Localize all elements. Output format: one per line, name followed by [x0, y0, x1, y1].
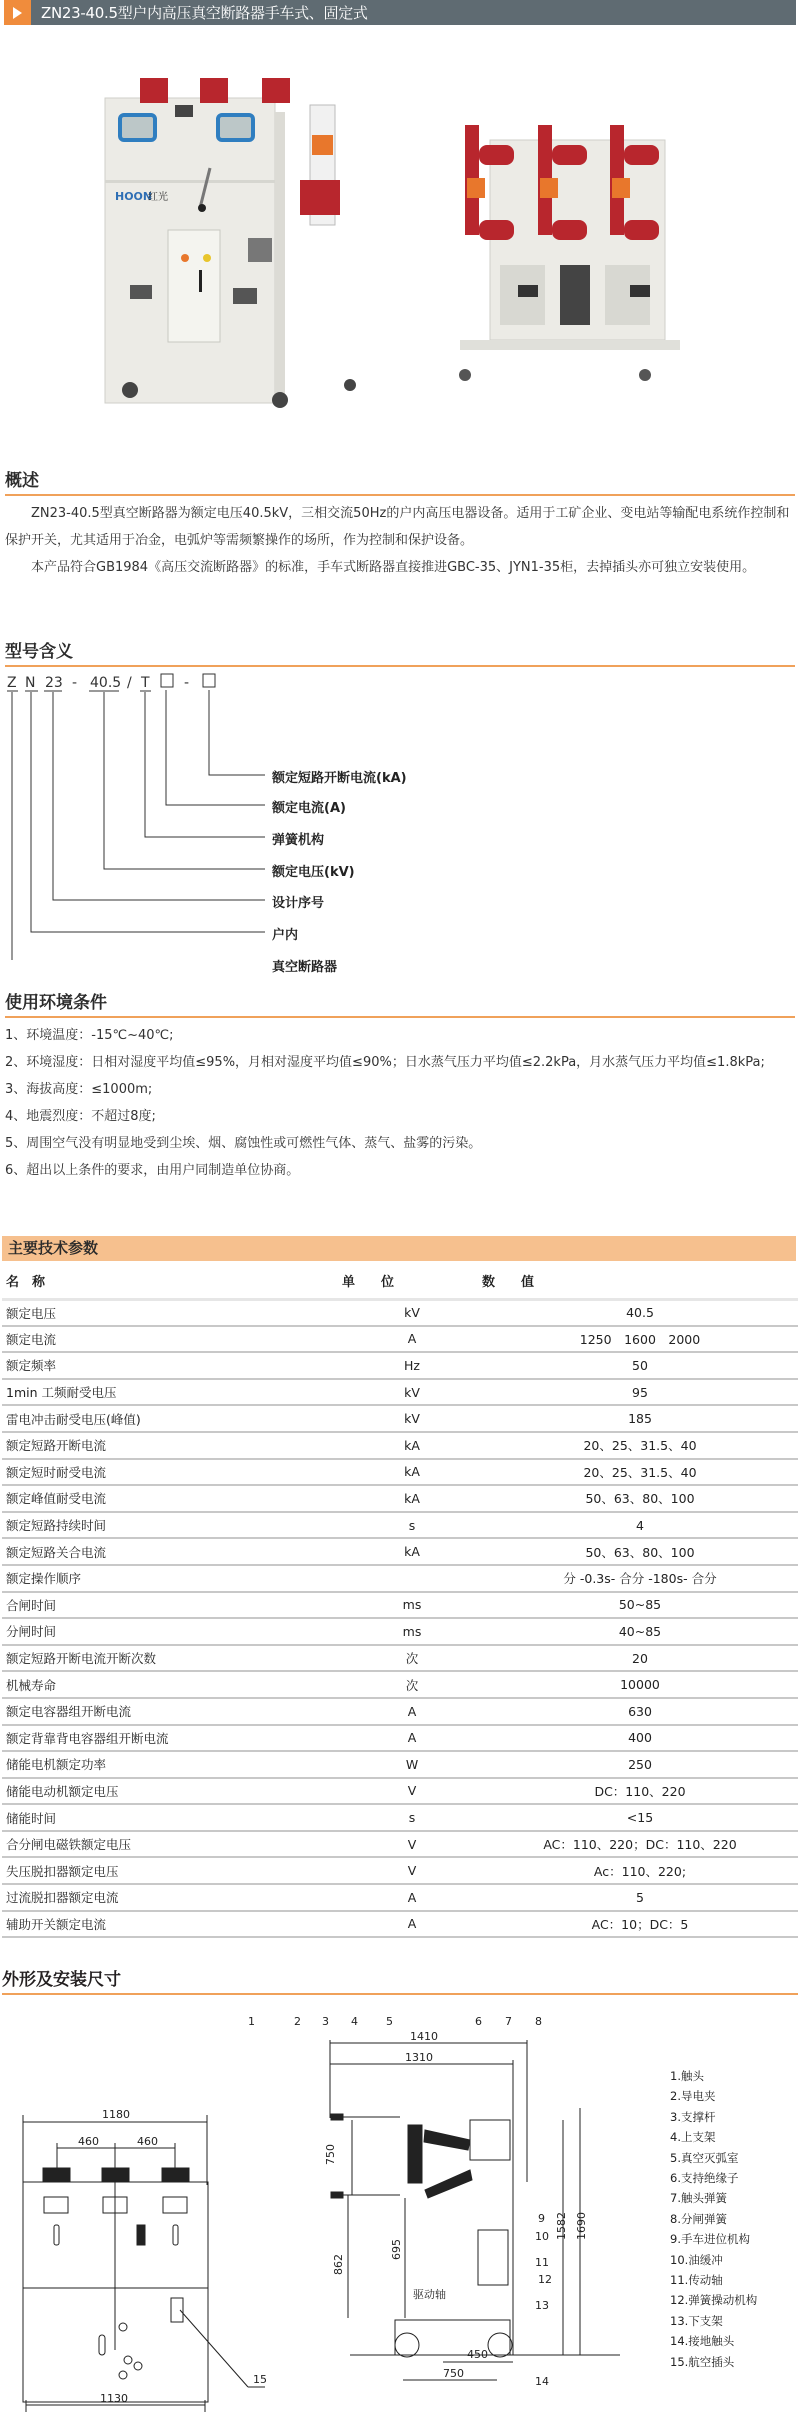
product-photos: HOON 红光: [0, 30, 800, 450]
dim-695: 695: [390, 2239, 403, 2260]
param-name: 辅助开关额定电流: [2, 1911, 342, 1938]
param-row: 额定电压kV40.5: [2, 1299, 798, 1326]
legend-item: 7.触头弹簧: [670, 2188, 757, 2208]
legend-item: 5.真空灭弧室: [670, 2148, 757, 2168]
env-item: 6、超出以上条件的要求，由用户同制造单位协商。: [5, 1157, 800, 1184]
param-name: 分闸时间: [2, 1618, 342, 1645]
param-unit: s: [342, 1804, 482, 1831]
callout-7: 7: [505, 2015, 512, 2028]
param-unit: V: [342, 1857, 482, 1884]
col-name: 名 称: [2, 1264, 342, 1299]
param-value: AC：10；DC：5: [482, 1911, 798, 1938]
param-name: 额定操作顺序: [2, 1565, 342, 1592]
param-unit: ms: [342, 1592, 482, 1619]
param-row: 额定峰值耐受电流kA50、63、80、100: [2, 1485, 798, 1512]
handcart-breaker-photo: HOON 红光: [105, 78, 356, 408]
callout-5: 5: [386, 2015, 393, 2028]
dim-450: 450: [467, 2348, 488, 2361]
dimensions-heading: 外形及安装尺寸: [2, 1965, 798, 1995]
legend-item: 13.下支架: [670, 2311, 757, 2331]
param-unit: kA: [342, 1538, 482, 1565]
env-item: 3、海拔高度：≤1000m;: [5, 1076, 800, 1103]
legend-item: 15.航空插头: [670, 2352, 757, 2372]
param-row: 失压脱扣器额定电压VAc：110、220;: [2, 1857, 798, 1884]
param-value: 50、63、80、100: [482, 1538, 798, 1565]
svg-text:HOON: HOON: [115, 190, 152, 203]
code-23: 23: [45, 675, 63, 691]
param-value: 50: [482, 1352, 798, 1379]
param-value: 1250 1600 2000: [482, 1326, 798, 1353]
callout-2: 2: [294, 2015, 301, 2028]
callout-3: 3: [322, 2015, 329, 2028]
param-unit: 次: [342, 1645, 482, 1672]
param-unit: A: [342, 1725, 482, 1752]
param-name: 机械寿命: [2, 1671, 342, 1698]
param-value: 5: [482, 1884, 798, 1911]
param-value: <15: [482, 1804, 798, 1831]
callout-10: 10: [535, 2230, 549, 2243]
param-name: 额定短路开断电流开断次数: [2, 1645, 342, 1672]
param-name: 额定短路持续时间: [2, 1512, 342, 1539]
param-unit: V: [342, 1778, 482, 1805]
param-name: 额定频率: [2, 1352, 342, 1379]
svg-text:红光: 红光: [148, 190, 168, 203]
code-dash2: -: [184, 675, 189, 691]
dim-1410: 1410: [410, 2030, 438, 2043]
param-value: 4: [482, 1512, 798, 1539]
dim-750-vertical: 750: [324, 2144, 337, 2165]
param-value: 10000: [482, 1671, 798, 1698]
meaning-breaking-current: 额定短路开断电流(kA): [272, 767, 407, 786]
dim-pitch-2: 460: [137, 2135, 158, 2148]
env-item: 1、环境温度：-15℃~40℃;: [5, 1022, 800, 1049]
param-unit: s: [342, 1512, 482, 1539]
model-code-diagram: Z N 23 - 40.5 / T -: [0, 670, 450, 960]
param-row: 额定短路开断电流kA20、25、31.5、40: [2, 1432, 798, 1459]
param-name: 额定短时耐受电流: [2, 1459, 342, 1486]
param-unit: A: [342, 1884, 482, 1911]
dim-pitch-1: 460: [78, 2135, 99, 2148]
param-row: 储能电机额定功率W250: [2, 1751, 798, 1778]
param-unit: kV: [342, 1299, 482, 1326]
param-row: 雷电冲击耐受电压(峰值)kV185: [2, 1405, 798, 1432]
legend-item: 12.弹簧操动机构: [670, 2290, 757, 2310]
param-unit: A: [342, 1698, 482, 1725]
param-unit: A: [342, 1326, 482, 1353]
dim-1690: 1690: [575, 2212, 588, 2240]
param-name: 额定电容器组开断电流: [2, 1698, 342, 1725]
param-row: 额定短路持续时间s4: [2, 1512, 798, 1539]
page-title: ZN23-40.5型户内高压真空断路器手车式、固定式: [41, 2, 368, 23]
legend-item: 2.导电夹: [670, 2086, 757, 2106]
legend-item: 10.油缓冲: [670, 2250, 757, 2270]
meaning-spring-mechanism: 弹簧机构: [272, 829, 324, 848]
param-row: 额定操作顺序分 -0.3s- 合分 -180s- 合分: [2, 1565, 798, 1592]
overview-paragraph: ZN23-40.5型真空断路器为额定电压40.5kV，三相交流50Hz的户内高压…: [5, 500, 795, 554]
param-unit: V: [342, 1831, 482, 1858]
param-value: 20: [482, 1645, 798, 1672]
legend-item: 11.传动轴: [670, 2270, 757, 2290]
env-item: 2、环境湿度：日相对湿度平均值≤95%，月相对湿度平均值≤90%；日水蒸气压力平…: [5, 1049, 800, 1076]
param-row: 额定频率Hz50: [2, 1352, 798, 1379]
param-value: 95: [482, 1379, 798, 1406]
drive-shaft-label: 驱动轴: [413, 2287, 446, 2301]
callout-1: 1: [248, 2015, 255, 2028]
legend-item: 1.触头: [670, 2066, 757, 2086]
side-view-drawing: [330, 2040, 620, 2380]
param-row: 储能时间s<15: [2, 1804, 798, 1831]
param-value: 40~85: [482, 1618, 798, 1645]
param-name: 失压脱扣器额定电压: [2, 1857, 342, 1884]
params-table: 名 称 单 位 数 值 额定电压kV40.5额定电流A1250 1600 200…: [2, 1264, 798, 1938]
meaning-vacuum-breaker: 真空断路器: [272, 956, 337, 975]
param-value: Ac：110、220;: [482, 1857, 798, 1884]
callout-12: 12: [538, 2273, 552, 2286]
params-header-row: 名 称 单 位 数 值: [2, 1264, 798, 1299]
param-name: 过流脱扣器额定电流: [2, 1884, 342, 1911]
param-unit: Hz: [342, 1352, 482, 1379]
callout-15: 15: [253, 2373, 267, 2386]
param-value: 40.5: [482, 1299, 798, 1326]
code-dash: -: [72, 675, 77, 691]
callout-4: 4: [351, 2015, 358, 2028]
param-value: DC：110、220: [482, 1778, 798, 1805]
callout-8: 8: [535, 2015, 542, 2028]
meaning-rated-voltage: 额定电压(kV): [272, 861, 355, 880]
param-name: 储能电动机额定电压: [2, 1778, 342, 1805]
meaning-design-no: 设计序号: [272, 892, 324, 911]
meaning-indoor: 户内: [272, 924, 298, 943]
code-slash: /: [127, 675, 132, 691]
param-value: 50~85: [482, 1592, 798, 1619]
param-value: 分 -0.3s- 合分 -180s- 合分: [482, 1565, 798, 1592]
legend-item: 3.支撑杆: [670, 2107, 757, 2127]
dim-front-width: 1180: [102, 2108, 130, 2121]
param-unit: kA: [342, 1459, 482, 1486]
param-value: AC：110、220；DC：110、220: [482, 1831, 798, 1858]
param-value: 20、25、31.5、40: [482, 1459, 798, 1486]
dim-1310: 1310: [405, 2051, 433, 2064]
dim-862: 862: [332, 2254, 345, 2275]
param-unit: W: [342, 1751, 482, 1778]
param-name: 合闸时间: [2, 1592, 342, 1619]
legend-item: 9.手车进位机构: [670, 2229, 757, 2249]
param-name: 额定短路开断电流: [2, 1432, 342, 1459]
param-row: 额定短时耐受电流kA20、25、31.5、40: [2, 1459, 798, 1486]
param-name: 额定短路关合电流: [2, 1538, 342, 1565]
callout-11: 11: [535, 2256, 549, 2269]
param-name: 额定峰值耐受电流: [2, 1485, 342, 1512]
callout-14: 14: [535, 2375, 549, 2388]
fixed-breaker-photo: [459, 125, 680, 381]
callout-6: 6: [475, 2015, 482, 2028]
env-item: 5、周围空气没有明显地受到尘埃、烟、腐蚀性或可燃性气体、蒸气、盐雾的污染。: [5, 1130, 800, 1157]
code-40-5: 40.5: [90, 675, 121, 691]
params-heading: 主要技术参数: [2, 1236, 796, 1261]
code-t: T: [140, 675, 150, 691]
dimension-drawings: 1180 460 460 1130 15 1410 1310 750 862 6…: [0, 2000, 660, 2413]
legend-item: 4.上支架: [670, 2127, 757, 2147]
param-value: 400: [482, 1725, 798, 1752]
param-row: 储能电动机额定电压VDC：110、220: [2, 1778, 798, 1805]
param-unit: ms: [342, 1618, 482, 1645]
play-arrow-icon: [4, 0, 31, 25]
param-row: 1min 工频耐受电压kV95: [2, 1379, 798, 1406]
param-name: 1min 工频耐受电压: [2, 1379, 342, 1406]
param-value: 50、63、80、100: [482, 1485, 798, 1512]
param-row: 分闸时间ms40~85: [2, 1618, 798, 1645]
param-name: 额定电流: [2, 1326, 342, 1353]
param-row: 机械寿命次10000: [2, 1671, 798, 1698]
param-row: 额定短路开断电流开断次数次20: [2, 1645, 798, 1672]
param-name: 额定电压: [2, 1299, 342, 1326]
param-name: 额定背靠背电容器组开断电流: [2, 1725, 342, 1752]
param-unit: [342, 1565, 482, 1592]
env-item: 4、地震烈度：不超过8度;: [5, 1103, 800, 1130]
param-name: 合分闸电磁铁额定电压: [2, 1831, 342, 1858]
param-unit: kA: [342, 1432, 482, 1459]
environment-list: 1、环境温度：-15℃~40℃; 2、环境湿度：日相对湿度平均值≤95%，月相对…: [5, 1022, 800, 1184]
model-heading: 型号含义: [5, 637, 795, 667]
param-value: 630: [482, 1698, 798, 1725]
param-row: 额定短路关合电流kA50、63、80、100: [2, 1538, 798, 1565]
param-unit: kA: [342, 1485, 482, 1512]
col-value: 数 值: [482, 1264, 798, 1299]
meaning-rated-current: 额定电流(A): [272, 797, 346, 816]
overview-paragraph: 本产品符合GB1984《高压交流断路器》的标准，手车式断路器直接推进GBC-35…: [5, 554, 795, 581]
param-row: 额定背靠背电容器组开断电流A400: [2, 1725, 798, 1752]
param-row: 过流脱扣器额定电流A5: [2, 1884, 798, 1911]
environment-heading: 使用环境条件: [5, 988, 795, 1018]
param-row: 合分闸电磁铁额定电压VAC：110、220；DC：110、220: [2, 1831, 798, 1858]
overview-text: ZN23-40.5型真空断路器为额定电压40.5kV，三相交流50Hz的户内高压…: [5, 500, 795, 581]
overview-heading: 概述: [5, 466, 795, 496]
param-row: 合闸时间ms50~85: [2, 1592, 798, 1619]
callout-13: 13: [535, 2299, 549, 2312]
code-z: Z: [7, 675, 17, 691]
legend-item: 8.分闸弹簧: [670, 2209, 757, 2229]
param-value: 20、25、31.5、40: [482, 1432, 798, 1459]
col-unit: 单 位: [342, 1264, 482, 1299]
parts-legend: 1.触头2.导电夹3.支撑杆4.上支架5.真空灭弧室6.支持绝缘子7.触头弹簧8…: [670, 2066, 757, 2372]
param-value: 185: [482, 1405, 798, 1432]
front-view-drawing: [23, 2115, 265, 2412]
param-row: 额定电流A1250 1600 2000: [2, 1326, 798, 1353]
param-unit: 次: [342, 1671, 482, 1698]
callout-9: 9: [538, 2212, 545, 2225]
legend-item: 6.支持绝缘子: [670, 2168, 757, 2188]
param-unit: A: [342, 1911, 482, 1938]
dim-1582: 1582: [555, 2212, 568, 2240]
param-row: 辅助开关额定电流AAC：10；DC：5: [2, 1911, 798, 1938]
param-value: 250: [482, 1751, 798, 1778]
param-row: 额定电容器组开断电流A630: [2, 1698, 798, 1725]
param-name: 雷电冲击耐受电压(峰值): [2, 1405, 342, 1432]
title-bar: ZN23-40.5型户内高压真空断路器手车式、固定式: [4, 0, 796, 25]
dim-front-bottom: 1130: [100, 2392, 128, 2405]
param-name: 储能时间: [2, 1804, 342, 1831]
code-n: N: [25, 675, 35, 691]
dim-750-horizontal: 750: [443, 2367, 464, 2380]
param-name: 储能电机额定功率: [2, 1751, 342, 1778]
legend-item: 14.接地触头: [670, 2331, 757, 2351]
param-unit: kV: [342, 1405, 482, 1432]
param-unit: kV: [342, 1379, 482, 1406]
